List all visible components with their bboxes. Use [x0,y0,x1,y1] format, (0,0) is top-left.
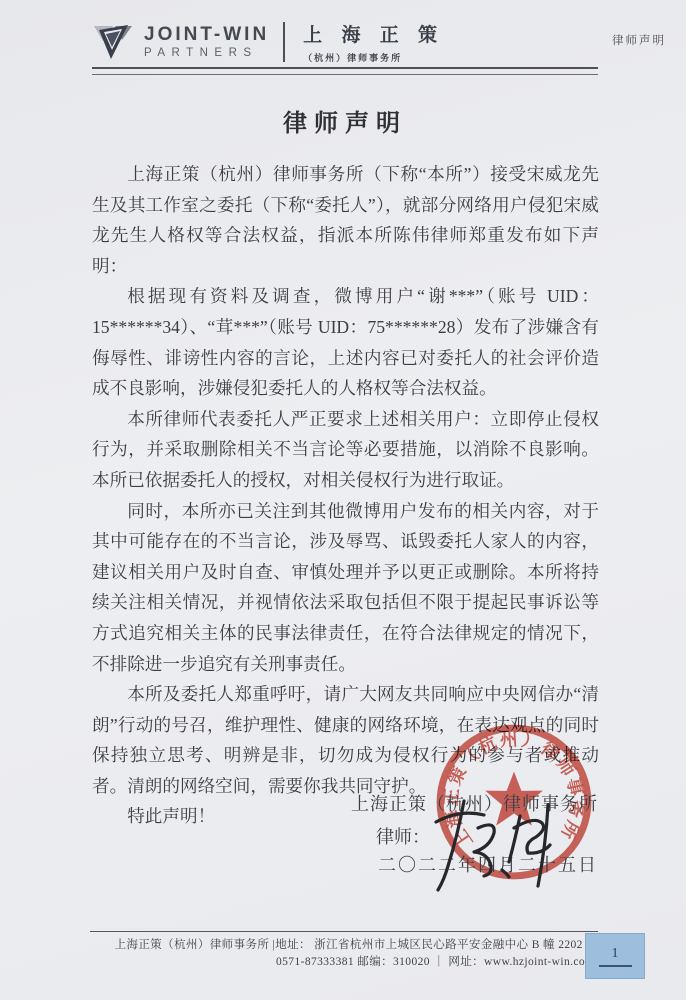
logo-english-name: JOINT-WIN PARTNERS [144,25,269,60]
header-rule [92,67,598,75]
page-title: 律师声明 [92,103,598,138]
document-page: JOINT-WIN PARTNERS 上 海 正 策 （杭州）律师事务所 律师声… [0,0,686,1000]
paragraph: 上海正策（杭州）律师事务所（下称“本所”）接受宋威龙先生及其工作室之委托（下称“… [92,159,599,281]
paragraph: 根据现有资料及调查，微博用户“谢***”（账号 UID：15******34）、… [92,281,599,403]
lawyer-signature [398,796,598,896]
footer-contact: 上海正策（杭州）律师事务所 |地址： 浙江省杭州市上城区民心路平安金融中心 B … [90,937,598,971]
page-number: 1 [599,946,632,967]
logo-divider [283,22,285,62]
paragraph: 同时，本所亦已关注到其他微博用户发布的相关内容，对于其中可能存在的不当言论，涉及… [92,496,599,680]
footer-rule [90,931,598,932]
page-number-box: 1 [585,933,645,979]
logo-mark-icon [92,20,134,64]
footer-line-address: 上海正策（杭州）律师事务所 |地址： 浙江省杭州市上城区民心路平安金融中心 B … [90,937,598,954]
letterhead: JOINT-WIN PARTNERS 上 海 正 策 （杭州）律师事务所 [92,20,598,72]
logo-chinese-name: 上 海 正 策 （杭州）律师事务所 [303,20,444,64]
header-doc-label: 律师声明 [612,32,666,48]
firm-logo: JOINT-WIN PARTNERS 上 海 正 策 （杭州）律师事务所 [92,20,598,64]
footer-line-phone-web: 0571-87333381 邮编：310020 ｜ 网址：www.hzjoint… [90,954,598,971]
paragraph: 本所律师代表委托人严正要求上述相关用户：立即停止侵权行为，并采取删除相关不当言论… [92,404,599,496]
